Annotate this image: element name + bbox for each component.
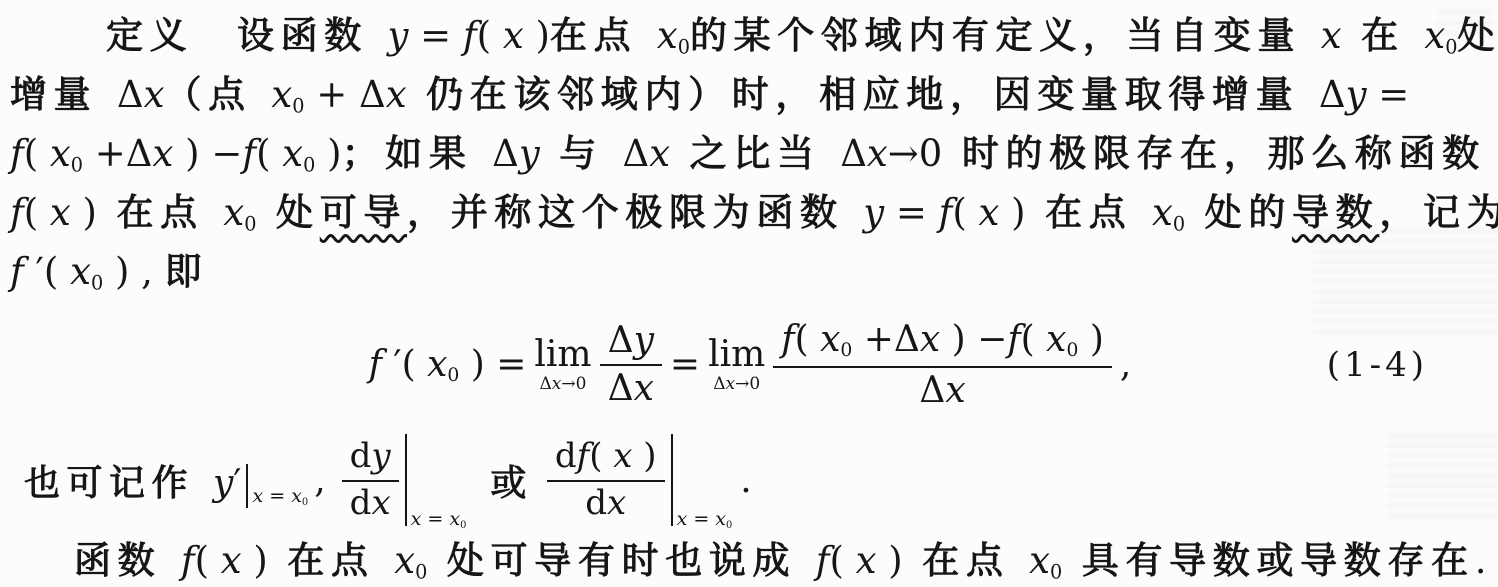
evaluation-subscript: x = x0 [677, 508, 733, 531]
definition-line-1: 定义 设函数 y = f( x )在点 x0的某个邻域内有定义，当自变量 x 在… [10, 6, 1490, 65]
textbook-page: 定义 设函数 y = f( x )在点 x0的某个邻域内有定义，当自变量 x 在… [0, 0, 1498, 587]
fraction-dy-over-dx: Δy Δx [600, 322, 662, 409]
fraction-dy-dx-notation: dy dx [342, 439, 399, 521]
fraction-denominator: dx [585, 482, 626, 522]
fraction-denominator: Δx [608, 366, 654, 408]
alternative-notation-line: 也可记作 y′ x = x0 , dy dx x = x0 或 df( x ) … [10, 429, 1490, 531]
definition-line-3: f( x0 +Δx ) −f( x0 )；如果 Δy 与 Δx 之比当 Δx→0… [10, 124, 1490, 183]
lim-word: lim [708, 337, 765, 373]
lim-subscript: Δx→0 [540, 376, 587, 393]
evaluation-subscript: x = x0 [252, 485, 308, 508]
closing-line: 函数 f( x ) 在点 x0 处可导有时也说成 f( x ) 在点 x0 具有… [10, 531, 1490, 587]
equation-number: (1-4) [1327, 345, 1428, 385]
fraction-numerator: df( x ) [547, 439, 665, 482]
fraction-denominator: Δx [919, 368, 965, 410]
formula-lhs: f ′( x0 ) = [369, 344, 527, 386]
sentence-period: . [740, 460, 751, 501]
definition-line-5: f ′( x0 ) , 即 [10, 242, 1490, 301]
definition-line-4: f( x ) 在点 x0 处可导，并称这个极限为函数 y = f( x ) 在点… [10, 183, 1490, 242]
lim-subscript: Δx→0 [713, 376, 760, 393]
evaluation-bar [671, 434, 673, 526]
evaluation-subscript: x = x0 [411, 508, 467, 531]
formula-comma: , [1120, 344, 1131, 385]
or-word: 或 [490, 455, 532, 506]
fraction-difference-quotient: f( x0 +Δx ) −f( x0 ) Δx [773, 321, 1112, 410]
equals-sign: = [670, 344, 700, 385]
fraction-denominator: dx [350, 482, 391, 522]
fraction-numerator: Δy [600, 322, 662, 367]
limit-operator-2: lim Δx→0 [708, 337, 765, 393]
fraction-numerator: f( x0 +Δx ) −f( x0 ) [773, 321, 1112, 368]
fraction-df-dx-notation: df( x ) dx [547, 439, 665, 521]
equation-1-4-row: f ′( x0 ) = lim Δx→0 Δy Δx = lim Δx→0 f(… [10, 301, 1490, 429]
lim-word: lim [534, 337, 591, 373]
limit-operator-1: lim Δx→0 [534, 337, 591, 393]
fraction-numerator: dy [342, 439, 399, 482]
evaluation-bar [246, 464, 248, 508]
definition-line-2: 增量 Δx（点 x0 + Δx 仍在该邻域内）时，相应地，因变量取得增量 Δy … [10, 65, 1490, 124]
derivative-definition-formula: f ′( x0 ) = lim Δx→0 Δy Δx = lim Δx→0 f(… [369, 321, 1132, 410]
notation-comma: , [314, 460, 325, 501]
notation-prefix: 也可记作 y′ [24, 455, 241, 506]
evaluation-bar [405, 434, 407, 526]
